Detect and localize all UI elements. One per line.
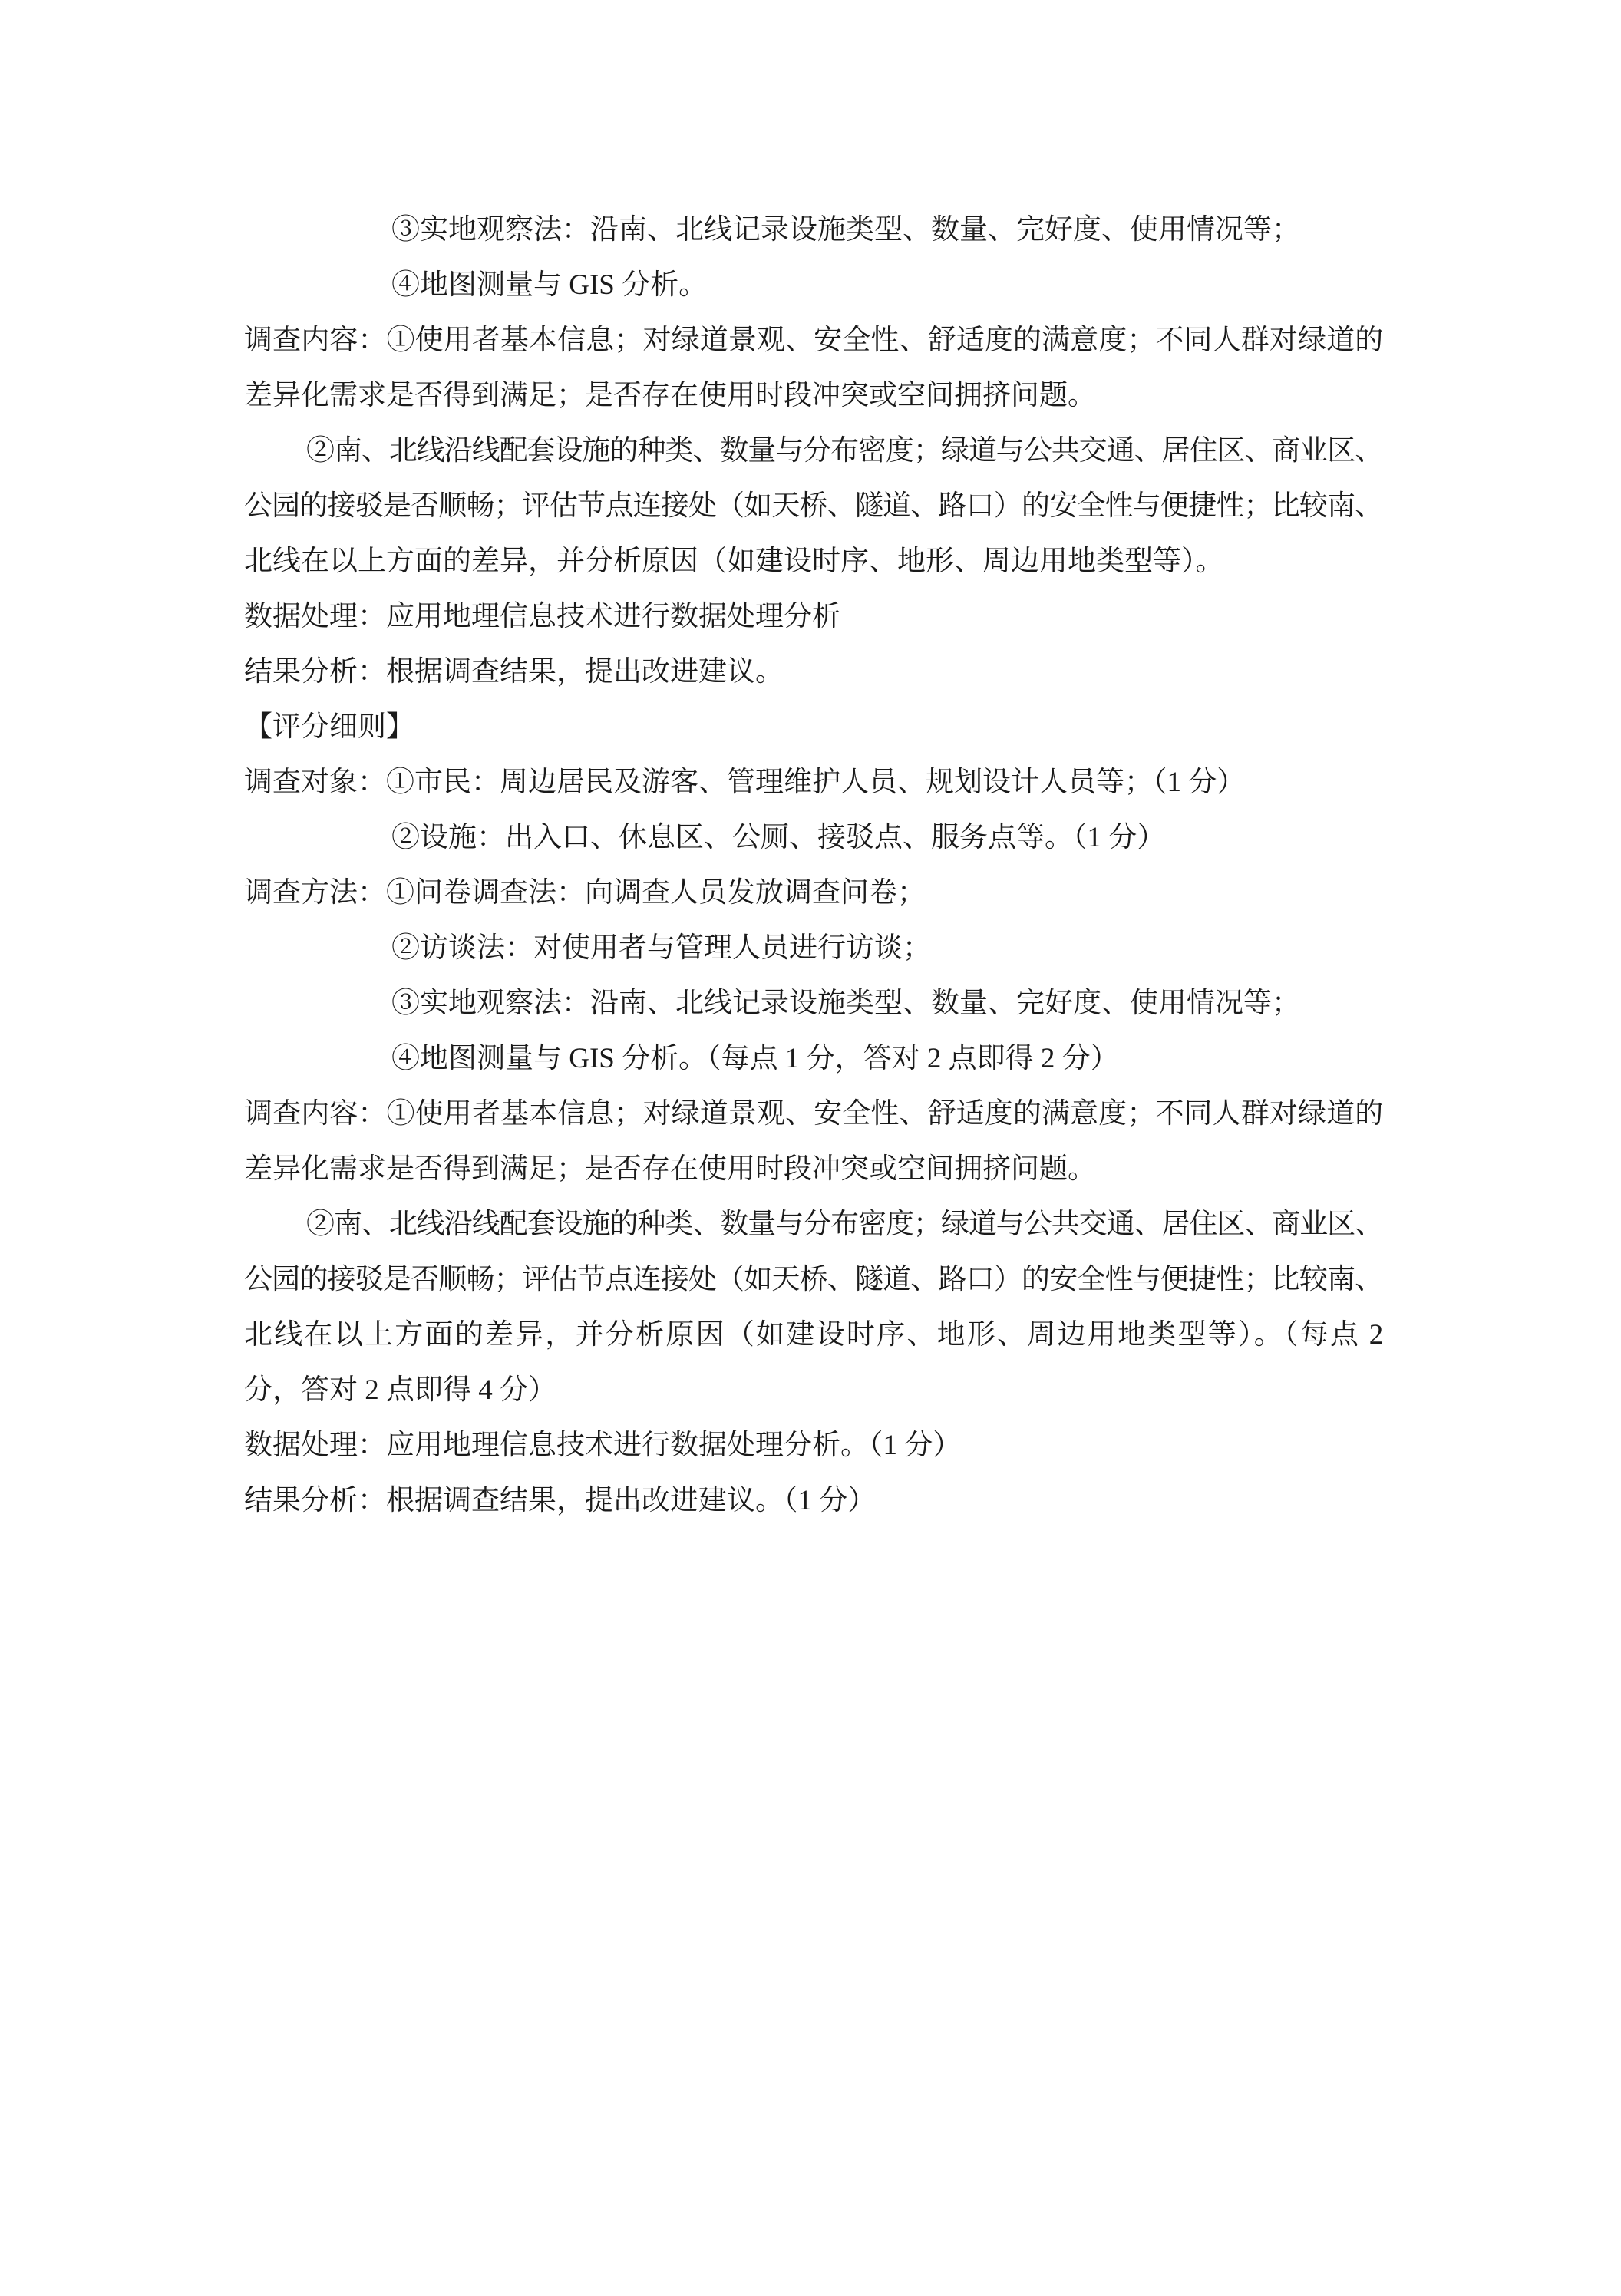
section-answer-continuation: ③实地观察法：沿南、北线记录设施类型、数量、完好度、使用情况等；④地图测量与 G… xyxy=(244,203,1382,700)
text-line: ②南、北线沿线配套设施的种类、数量与分布密度；绿道与公共交通、居住区、商业区、 xyxy=(306,1197,1382,1252)
text-line: 结果分析：根据调查结果，提出改进建议。（1 分） xyxy=(244,1473,1382,1529)
text-line: 调查对象：①市民：周边居民及游客、管理维护人员、规划设计人员等；（1 分） xyxy=(244,755,1382,810)
text-line: 调查内容：①使用者基本信息；对绿道景观、安全性、舒适度的满意度；不同人群对绿道的 xyxy=(244,1087,1382,1142)
text-line: ③实地观察法：沿南、北线记录设施类型、数量、完好度、使用情况等； xyxy=(391,203,1382,258)
text-line: 北线在以上方面的差异，并分析原因（如建设时序、地形、周边用地类型等）。（每点 2 xyxy=(244,1308,1382,1363)
text-line: ③实地观察法：沿南、北线记录设施类型、数量、完好度、使用情况等； xyxy=(391,976,1382,1031)
text-line: 公园的接驳是否顺畅；评估节点连接处（如天桥、隧道、路口）的安全性与便捷性；比较南… xyxy=(244,1252,1382,1308)
text-line: ④地图测量与 GIS 分析。 xyxy=(391,258,1382,313)
text-line: 调查内容：①使用者基本信息；对绿道景观、安全性、舒适度的满意度；不同人群对绿道的 xyxy=(244,313,1382,368)
text-line: 公园的接驳是否顺畅；评估节点连接处（如天桥、隧道、路口）的安全性与便捷性；比较南… xyxy=(244,479,1382,534)
text-line: ②设施：出入口、休息区、公厕、接驳点、服务点等。（1 分） xyxy=(391,810,1382,866)
text-line: 【评分细则】 xyxy=(244,700,1382,755)
text-line: ②南、北线沿线配套设施的种类、数量与分布密度；绿道与公共交通、居住区、商业区、 xyxy=(306,424,1382,479)
text-line: 北线在以上方面的差异，并分析原因（如建设时序、地形、周边用地类型等）。 xyxy=(244,534,1382,589)
text-line: ④地图测量与 GIS 分析。（每点 1 分，答对 2 点即得 2 分） xyxy=(391,1031,1382,1087)
text-block: ③实地观察法：沿南、北线记录设施类型、数量、完好度、使用情况等；④地图测量与 G… xyxy=(244,203,1382,1529)
text-line: 分，答对 2 点即得 4 分） xyxy=(244,1363,1382,1418)
text-line: 差异化需求是否得到满足；是否存在使用时段冲突或空间拥挤问题。 xyxy=(244,1142,1382,1197)
text-line: 差异化需求是否得到满足；是否存在使用时段冲突或空间拥挤问题。 xyxy=(244,368,1382,424)
text-line: 数据处理：应用地理信息技术进行数据处理分析。（1 分） xyxy=(244,1418,1382,1473)
text-line: 调查方法：①问卷调查法：向调查人员发放调查问卷； xyxy=(244,866,1382,921)
document-page: ③实地观察法：沿南、北线记录设施类型、数量、完好度、使用情况等；④地图测量与 G… xyxy=(0,0,1621,2296)
text-line: ②访谈法：对使用者与管理人员进行访谈； xyxy=(391,921,1382,976)
text-line: 结果分析：根据调查结果，提出改进建议。 xyxy=(244,645,1382,700)
text-line: 数据处理：应用地理信息技术进行数据处理分析 xyxy=(244,589,1382,645)
section-scoring-rubric: 【评分细则】调查对象：①市民：周边居民及游客、管理维护人员、规划设计人员等；（1… xyxy=(244,700,1382,1529)
